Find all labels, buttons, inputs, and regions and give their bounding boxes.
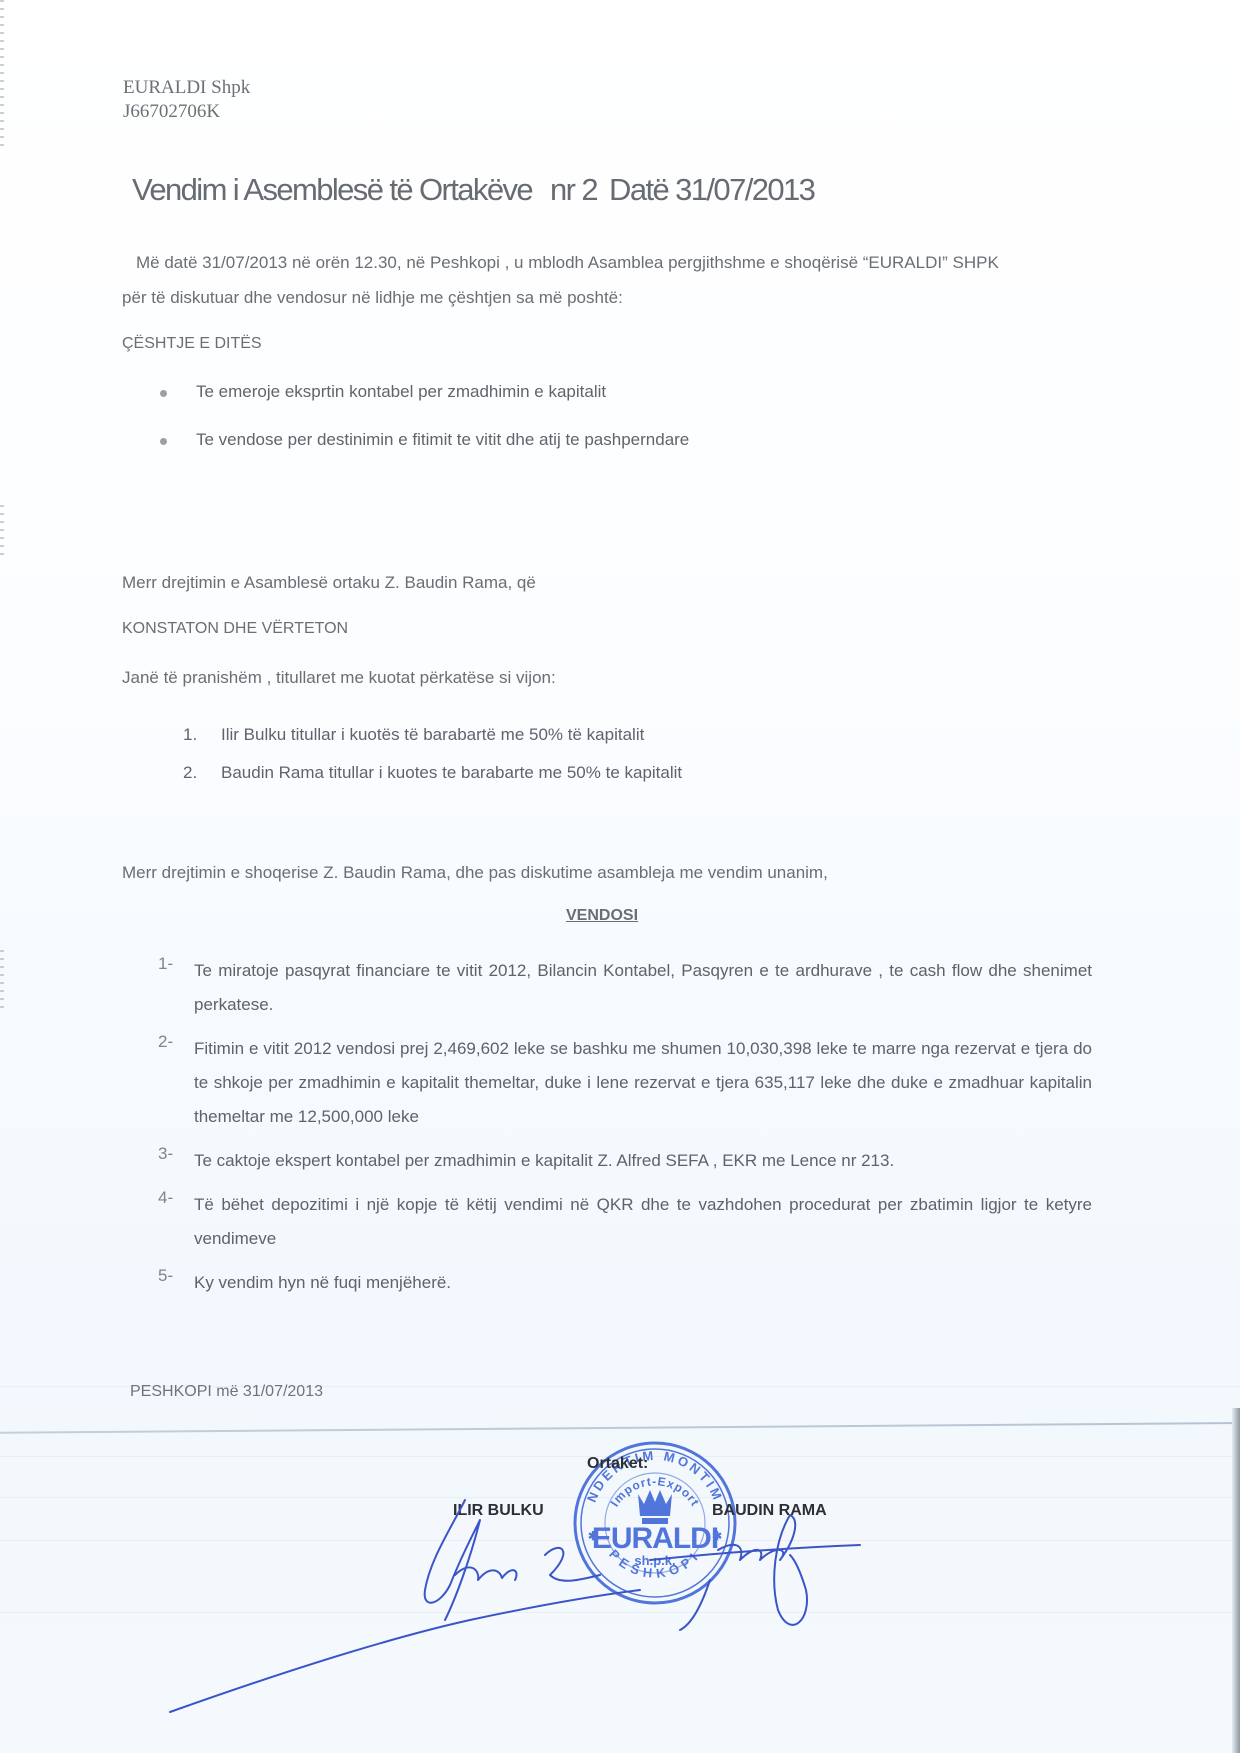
place-and-date: PESHKOPI më 31/07/2013 <box>130 1383 323 1401</box>
decision-item: 4- Të bëhet depozitimi i një kopje të kë… <box>158 1188 1092 1256</box>
scan-artifact <box>0 505 4 555</box>
company-name: EURALDI Shpk <box>123 76 250 100</box>
title-number: nr 2 <box>550 172 597 207</box>
agenda-heading: ÇËSHTJE E DITËS <box>122 335 262 353</box>
decision-heading: VENDOSI <box>566 907 638 925</box>
scan-artifact <box>0 0 4 150</box>
intro-line-2: për të diskutuar dhe vendosur në lidhje … <box>122 288 623 308</box>
decisions-list: 1- Te miratoje pasqyrat financiare te vi… <box>158 954 1092 1300</box>
intro-line-1: Më datë 31/07/2013 në orën 12.30, në Pes… <box>136 253 999 273</box>
signatory-left: ILIR BULKU <box>453 1502 544 1520</box>
scan-artifact <box>0 950 4 1010</box>
chair-line: Merr drejtimin e Asamblesë ortaku Z. Bau… <box>122 573 536 593</box>
partners-label: Ortaket: <box>587 1455 648 1473</box>
decision-item: 2- Fitimin e vitit 2012 vendosi prej 2,4… <box>158 1032 1092 1134</box>
decision-item: 1- Te miratoje pasqyrat financiare te vi… <box>158 954 1092 1022</box>
document-title: Vendim i Asemblesë të Ortakëvenr 2Datë 3… <box>132 172 814 208</box>
decision-item: 5- Ky vendim hyn në fuqi menjëherë. <box>158 1266 1092 1300</box>
signatory-right: BAUDIN RAMA <box>712 1502 827 1520</box>
konstaton-heading: KONSTATON DHE VËRTETON <box>122 620 348 638</box>
company-header: EURALDI Shpk J66702706K <box>123 76 250 124</box>
decision-intro: Merr drejtimin e shoqerise Z. Baudin Ram… <box>122 863 828 883</box>
star-icon: ✱ <box>588 1529 598 1543</box>
present-intro: Janë të pranishëm , titullaret me kuotat… <box>122 668 556 688</box>
company-nipt: J66702706K <box>123 100 250 124</box>
title-main: Vendim i Asemblesë të Ortakëve <box>132 172 532 207</box>
bullet-icon <box>160 438 167 445</box>
page-edge-shadow <box>1232 1408 1240 1753</box>
star-icon: ✱ <box>712 1529 722 1543</box>
bullet-icon <box>160 390 167 397</box>
stamp-name: EURALDI <box>592 1522 718 1555</box>
ruled-line <box>0 1612 1240 1613</box>
title-date: Datë 31/07/2013 <box>609 172 814 207</box>
decision-item: 3- Te caktoje ekspert kontabel per zmadh… <box>158 1144 1092 1178</box>
